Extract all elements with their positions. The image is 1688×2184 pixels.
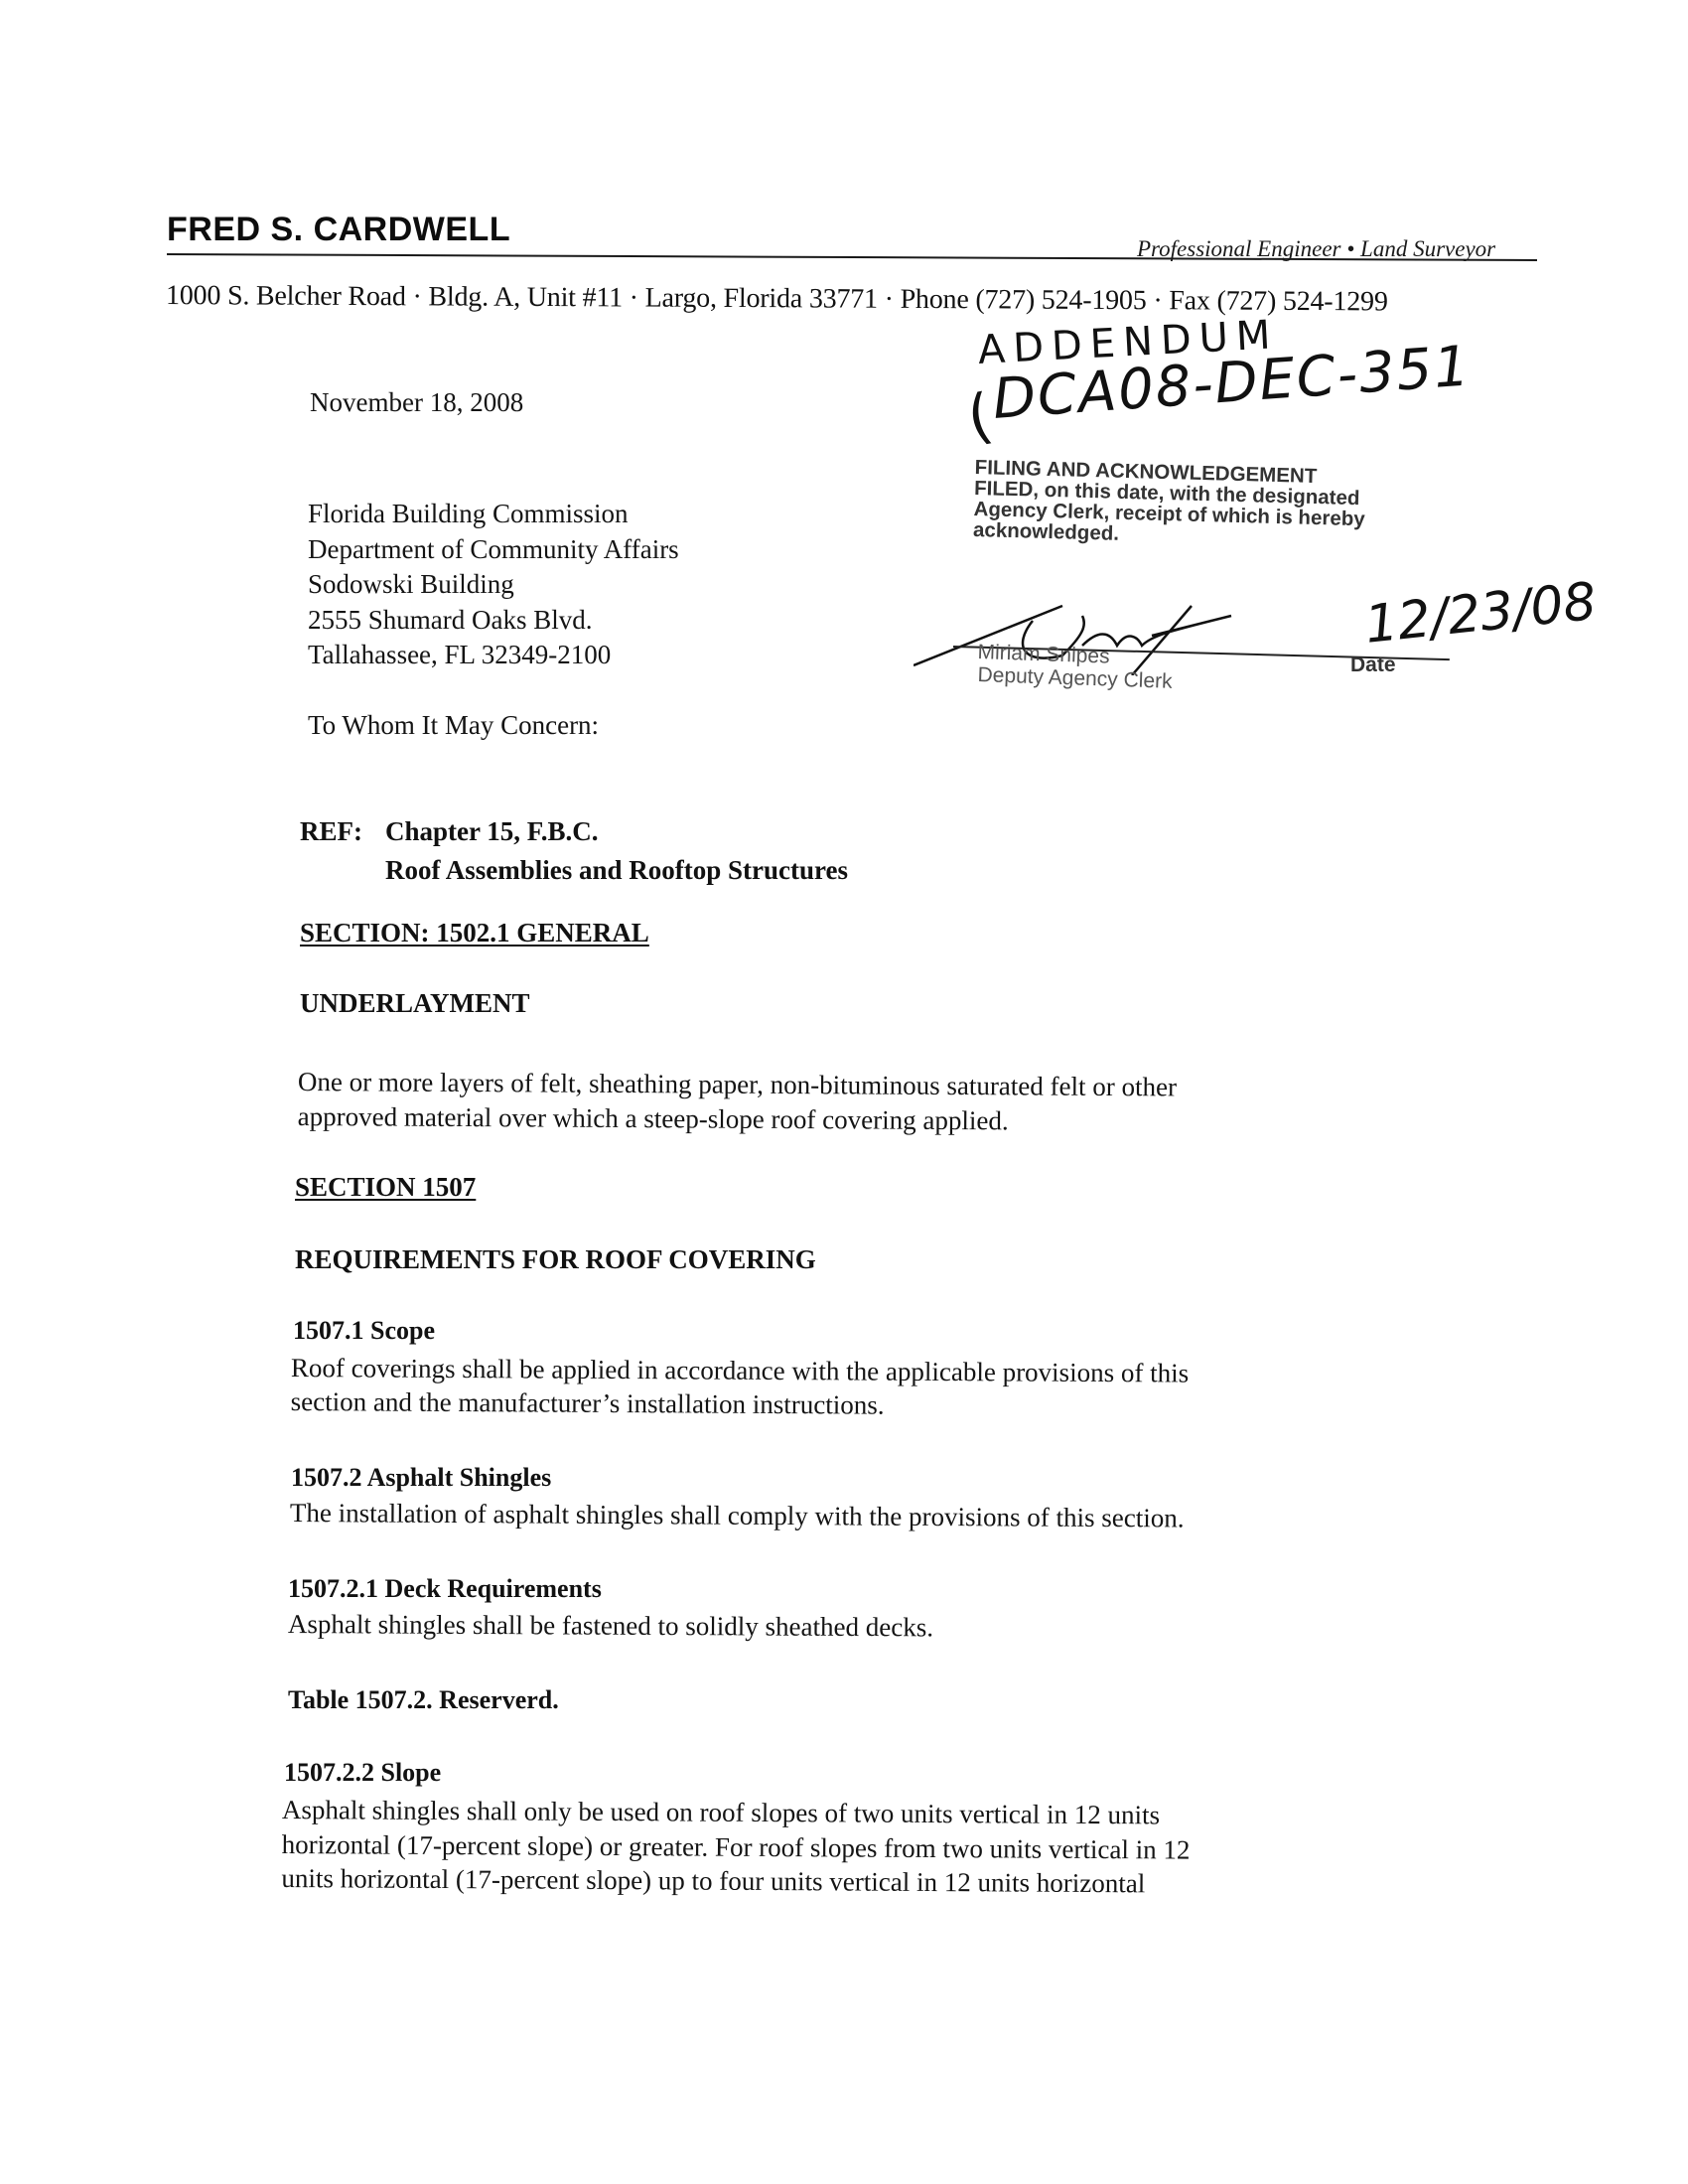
section-1507-2-1-paragraph: Asphalt shingles shall be fastened to so… (288, 1609, 933, 1643)
requirements-heading: REQUIREMENTS FOR ROOF COVERING (295, 1244, 816, 1275)
paragraph-line: One or more layers of felt, sheathing pa… (298, 1065, 1177, 1104)
letter-date: November 18, 2008 (310, 387, 523, 418)
recipient-line: Florida Building Commission (308, 497, 679, 532)
recipient-line: 2555 Shumard Oaks Blvd. (308, 603, 679, 639)
section-1507-2-2-heading: 1507.2.2 Slope (284, 1758, 441, 1788)
handwritten-date: 12/23/08 (1362, 572, 1600, 655)
section-1507-1-heading: 1507.1 Scope (293, 1316, 435, 1346)
paragraph-line: Asphalt shingles shall only be used on r… (282, 1793, 1191, 1832)
section-1502-heading: SECTION: 1502.1 GENERAL (300, 918, 649, 948)
paragraph-line: section and the manufacturer’s installat… (291, 1384, 1189, 1424)
paragraph-line: approved material over which a steep-slo… (298, 1099, 1177, 1139)
underlayment-heading: UNDERLAYMENT (300, 988, 530, 1019)
paragraph-line: Roof coverings shall be applied in accor… (291, 1351, 1189, 1390)
section-1507-2-2-paragraph: Asphalt shingles shall only be used on r… (281, 1793, 1190, 1901)
paragraph-line: horizontal (17-percent slope) or greater… (282, 1826, 1191, 1866)
recipient-line: Department of Community Affairs (308, 532, 679, 568)
section-1507-2-1-heading: 1507.2.1 Deck Requirements (288, 1574, 602, 1604)
section-1507-2-heading: 1507.2 Asphalt Shingles (291, 1463, 551, 1493)
reference-block: REF:Chapter 15, F.B.C. Roof Assemblies a… (300, 812, 848, 890)
section-1507-2-paragraph: The installation of asphalt shingles sha… (290, 1498, 1185, 1534)
section-1507-1-paragraph: Roof coverings shall be applied in accor… (291, 1351, 1190, 1424)
ref-line-1: Chapter 15, F.B.C. (385, 816, 599, 846)
paragraph-line: units horizontal (17-percent slope) up t… (281, 1861, 1190, 1901)
stamp-date-label: Date (1350, 654, 1396, 677)
ref-line-2: Roof Assemblies and Rooftop Structures (300, 851, 848, 890)
letterhead-name: FRED S. CARDWELL (167, 211, 510, 249)
recipient-address: Florida Building Commission Department o… (308, 497, 679, 673)
underlayment-paragraph: One or more layers of felt, sheathing pa… (298, 1065, 1178, 1139)
ref-label: REF: (300, 812, 385, 851)
filing-stamp: FILING AND ACKNOWLEDGEMENT FILED, on thi… (973, 457, 1472, 553)
section-1507-heading: SECTION 1507 (295, 1172, 476, 1203)
greeting: To Whom It May Concern: (308, 710, 599, 741)
table-1507-2-note: Table 1507.2. Reserverd. (288, 1685, 559, 1715)
recipient-line: Sodowski Building (308, 567, 679, 603)
letterhead-address: 1000 S. Belcher Road · Bldg. A, Unit #11… (166, 280, 1388, 318)
recipient-line: Tallahassee, FL 32349-2100 (308, 638, 679, 673)
